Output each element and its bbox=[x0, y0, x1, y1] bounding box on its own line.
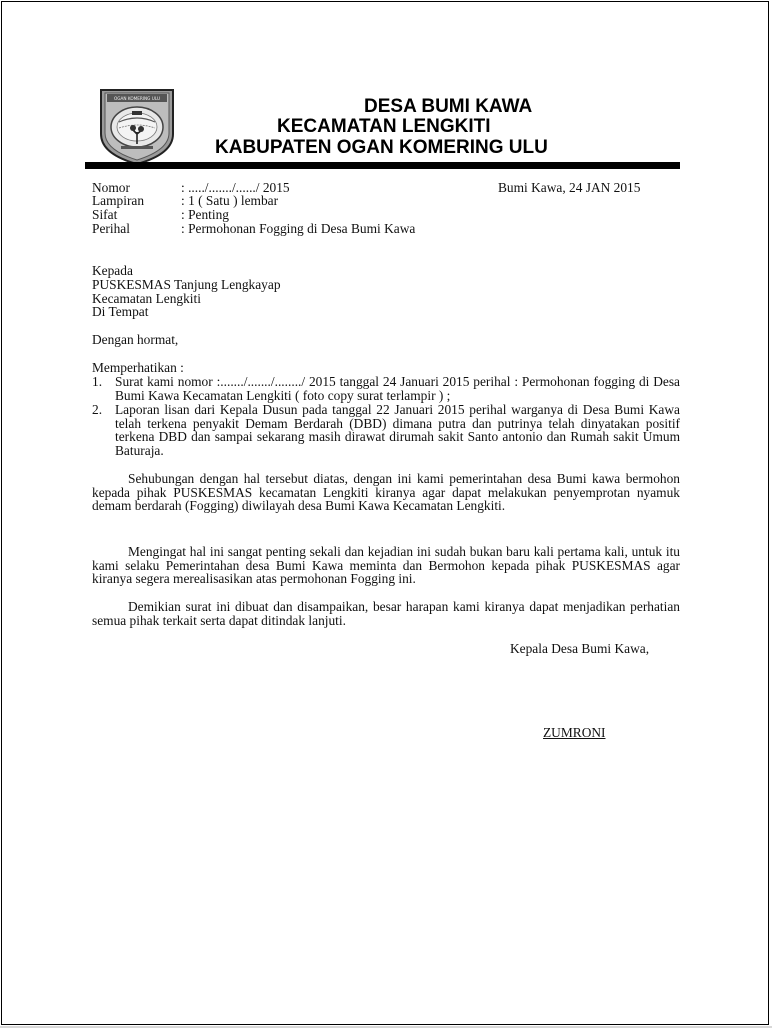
letterhead-village: DESA BUMI KAWA bbox=[364, 97, 532, 117]
signature-title: Kepala Desa Bumi Kawa, bbox=[510, 642, 649, 656]
regency-emblem-icon: OGAN KOMERING ULU bbox=[97, 84, 177, 166]
meta-label-perihal: Perihal bbox=[92, 222, 130, 236]
place-date: Bumi Kawa, 24 JAN 2015 bbox=[498, 181, 640, 195]
meta-label-lampiran: Lampiran bbox=[92, 194, 144, 208]
body-paragraph: Mengingat hal ini sangat penting sekali … bbox=[92, 545, 680, 586]
considering-heading: Memperhatikan : bbox=[92, 361, 184, 375]
list-number: 2. bbox=[92, 403, 102, 417]
meta-value-perihal: : Permohonan Fogging di Desa Bumi Kawa bbox=[181, 222, 415, 236]
letterhead-regency: KABUPATEN OGAN KOMERING ULU bbox=[215, 138, 548, 158]
meta-label-sifat: Sifat bbox=[92, 208, 117, 222]
considering-item: Surat kami nomor :......./......./......… bbox=[115, 375, 680, 402]
considering-item: Laporan lisan dari Kepala Dusun pada tan… bbox=[115, 403, 680, 457]
letterhead-district: KECAMATAN LENGKITI bbox=[277, 117, 491, 137]
signature-name: ZUMRONI bbox=[543, 726, 606, 740]
recipient-line: Di Tempat bbox=[92, 305, 148, 319]
body-paragraph: Sehubungan dengan hal tersebut diatas, d… bbox=[92, 472, 680, 513]
recipient-line: Kepada bbox=[92, 264, 133, 278]
recipient-line: PUSKESMAS Tanjung Lengkayap bbox=[92, 278, 281, 292]
svg-text:OGAN KOMERING ULU: OGAN KOMERING ULU bbox=[114, 96, 160, 101]
salutation: Dengan hormat, bbox=[92, 333, 178, 347]
letterhead-rule bbox=[85, 162, 680, 169]
meta-value-lampiran: : 1 ( Satu ) lembar bbox=[181, 194, 278, 208]
body-paragraph: Demikian surat ini dibuat dan disampaika… bbox=[92, 600, 680, 627]
meta-value-sifat: : Penting bbox=[181, 208, 229, 222]
list-number: 1. bbox=[92, 375, 102, 389]
